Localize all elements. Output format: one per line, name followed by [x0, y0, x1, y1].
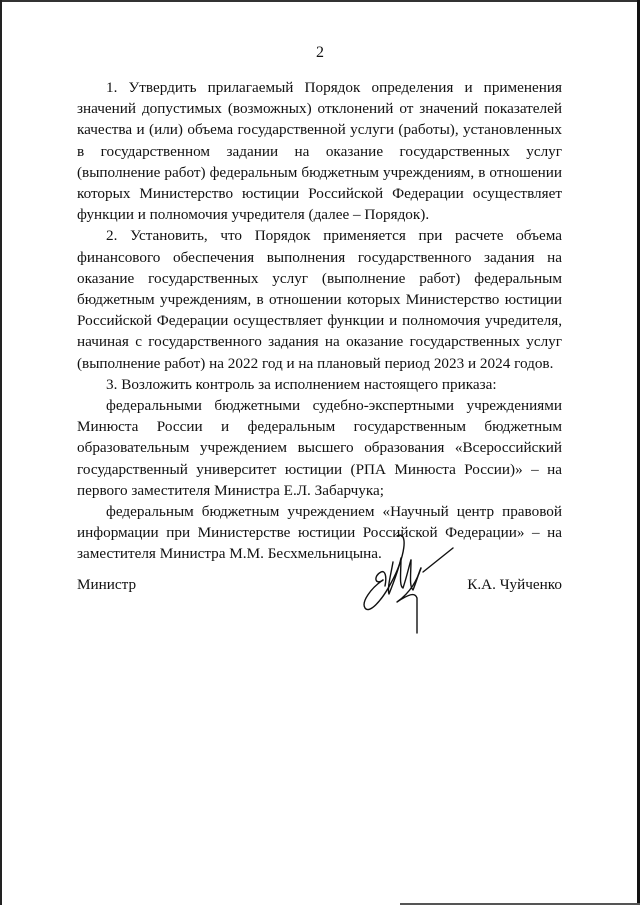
paragraph-control-first-deputy: федеральными бюджетными судебно-экспертн… [77, 395, 562, 501]
paragraph-control-deputy: федеральным бюджетным учреждением «Научн… [77, 501, 562, 565]
document-body: 1. Утвердить прилагаемый Порядок определ… [77, 77, 562, 565]
signatory-name: К.А. Чуйченко [467, 576, 562, 594]
scan-border-left [0, 0, 2, 905]
paragraph-1-approve-procedure: 1. Утвердить прилагаемый Порядок определ… [77, 77, 562, 225]
paragraph-2-establish-application: 2. Установить, что Порядок применяется п… [77, 225, 562, 373]
scan-border-top [0, 0, 640, 2]
paragraph-3-control-assignment: 3. Возложить контроль за исполнением нас… [77, 374, 562, 395]
signature-block: Министр К.А. Чуйченко [77, 572, 562, 652]
page-number: 2 [0, 44, 640, 62]
handwritten-signature-icon [357, 528, 467, 638]
signatory-title: Министр [77, 576, 136, 594]
